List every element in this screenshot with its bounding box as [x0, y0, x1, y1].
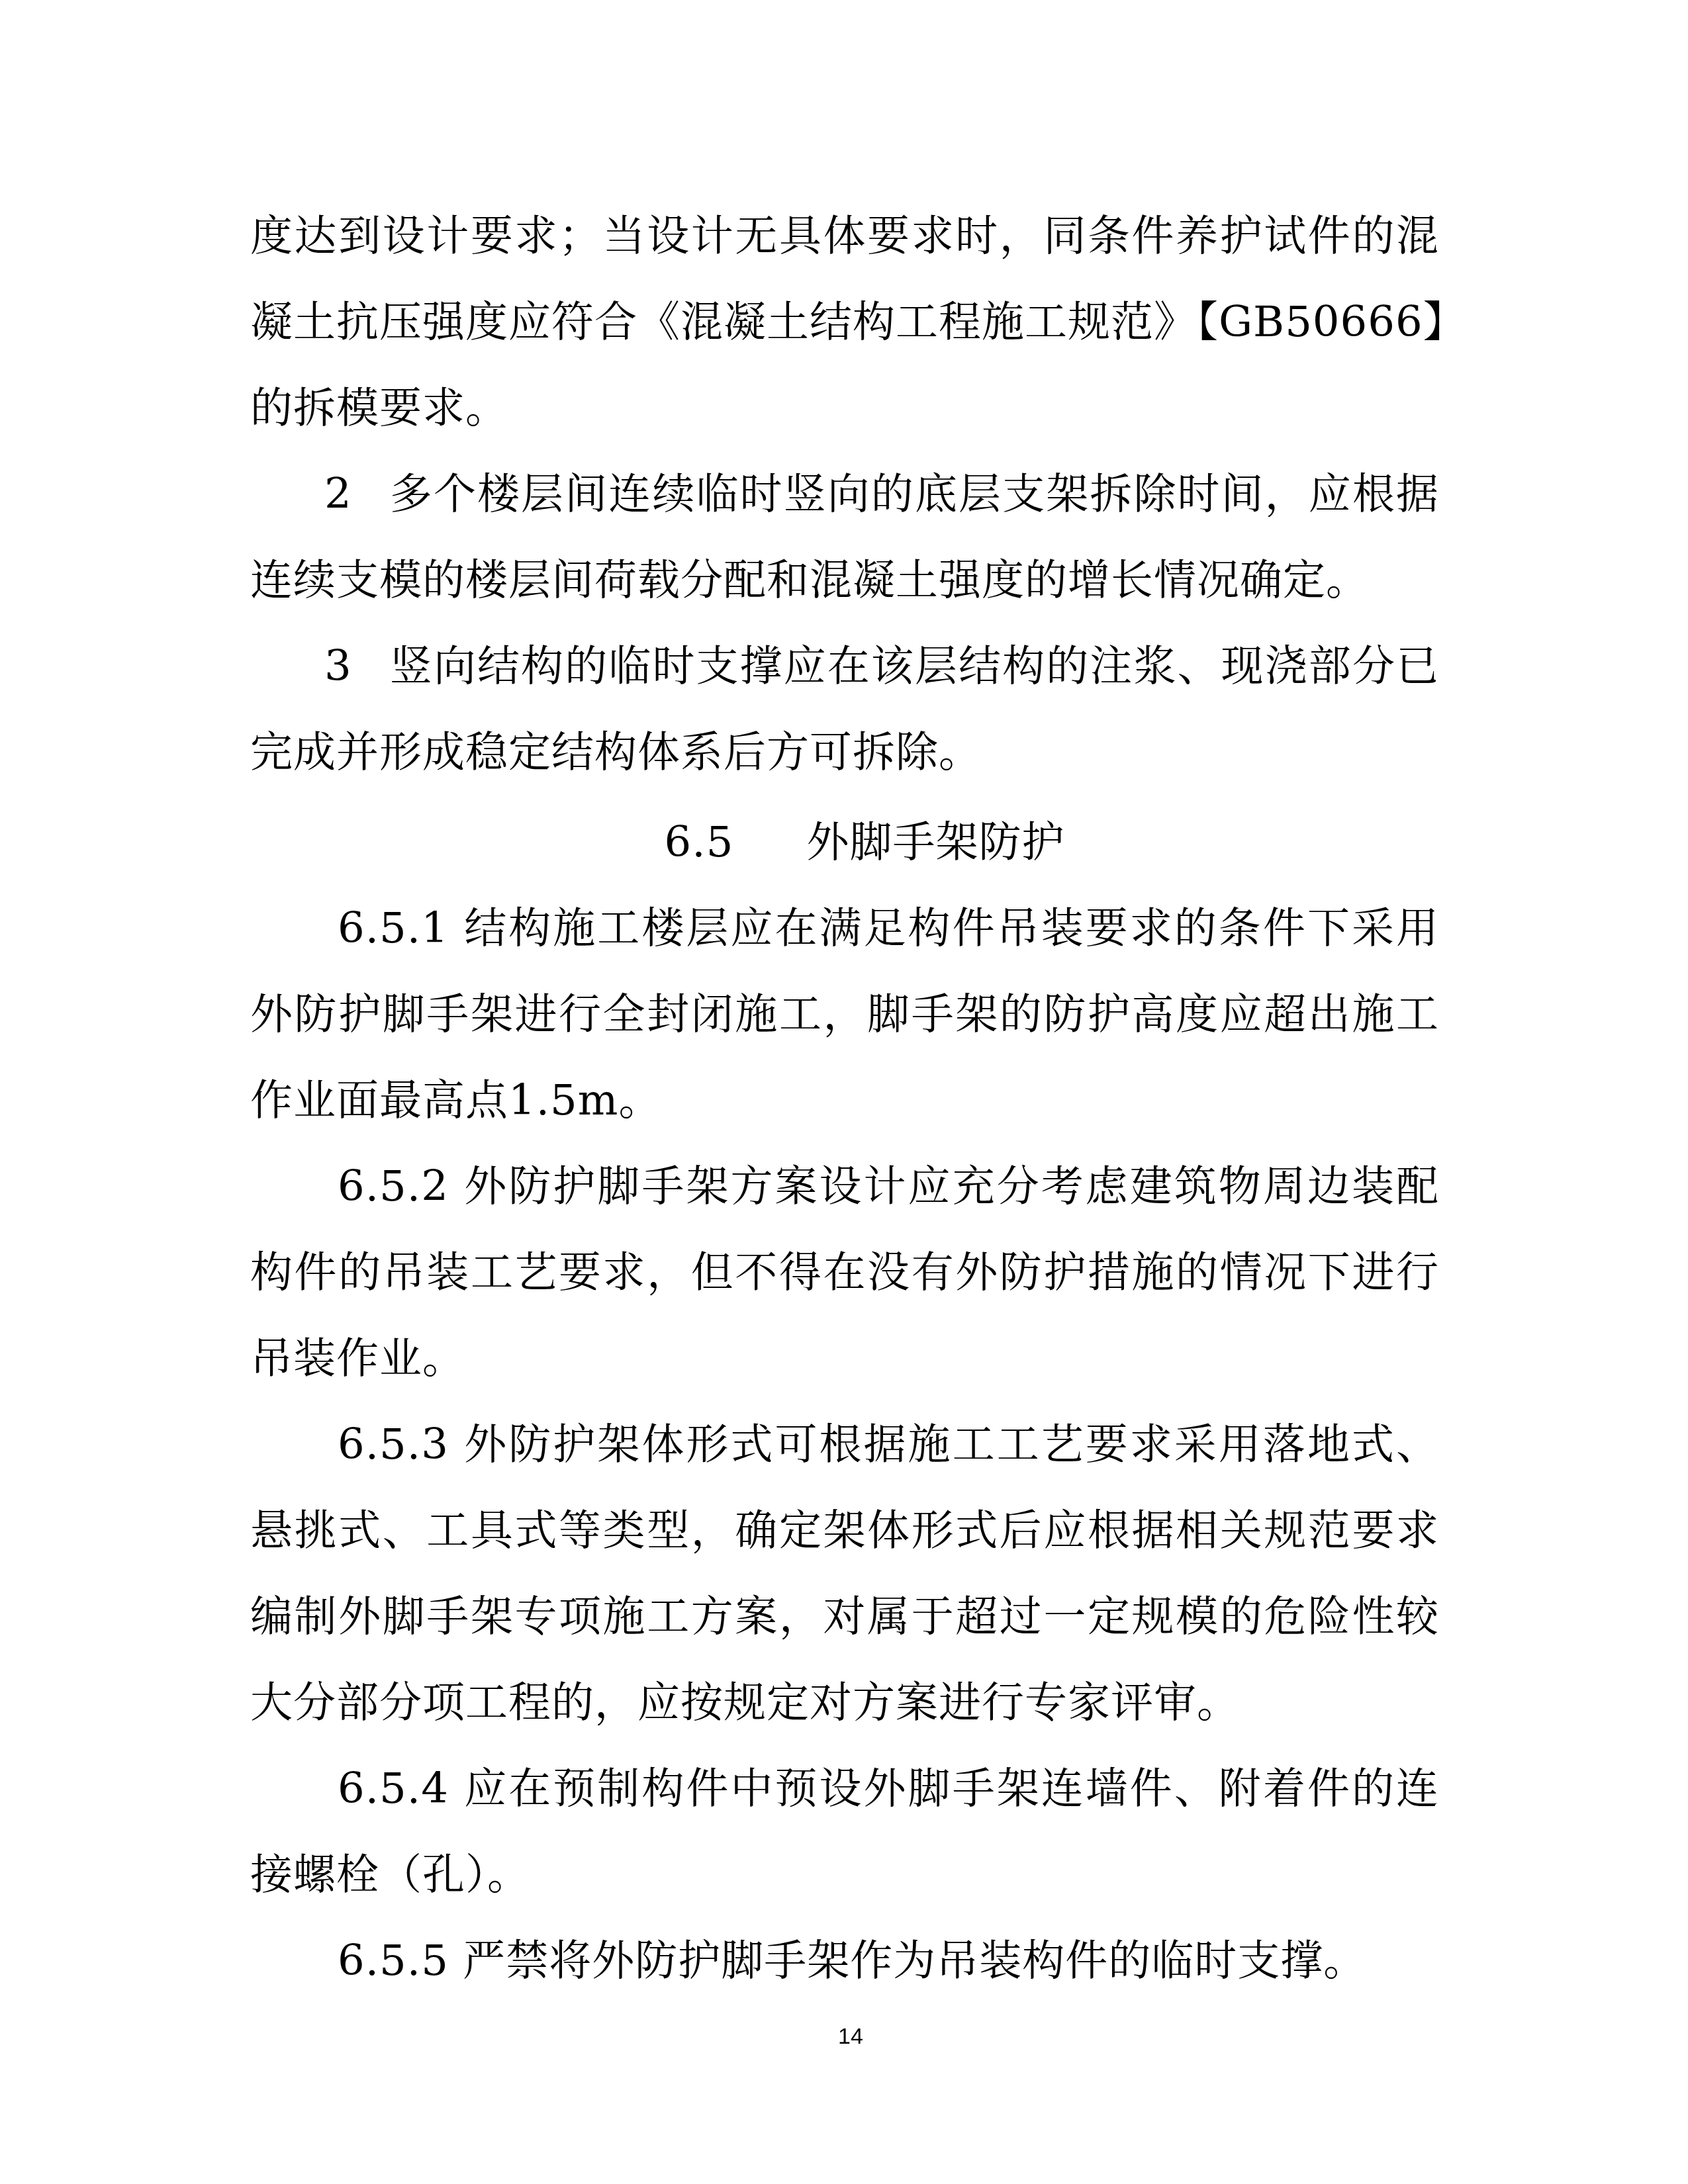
text-line: 吊装作业。: [250, 1316, 1439, 1402]
page-number: 14: [0, 2020, 1688, 2053]
clause-6-5-4: 6.5.4 应在预制构件中预设外脚手架连墙件、附着件的连 接螺栓（孔）。: [250, 1746, 1439, 1918]
text-line: 接螺栓（孔）。: [250, 1832, 1439, 1918]
list-item-3: 3竖向结构的临时支撑应在该层结构的注浆、现浇部分已 完成并形成稳定结构体系后方可…: [250, 623, 1439, 796]
clause-text: 结构施工楼层应在满足构件吊装要求的条件下采用: [464, 904, 1439, 953]
clause-number: 6.5.1: [338, 886, 449, 972]
text-line: 6.5.3 外防护架体形式可根据施工工艺要求采用落地式、: [250, 1402, 1439, 1488]
item-number: 3: [324, 623, 352, 709]
text-line: 2多个楼层间连续临时竖向的底层支架拆除时间，应根据: [250, 451, 1439, 537]
clause-6-5-2: 6.5.2 外防护脚手架方案设计应充分考虑建筑物周边装配 构件的吊装工艺要求，但…: [250, 1144, 1439, 1402]
clause-6-5-5: 6.5.5 严禁将外防护脚手架作为吊装构件的临时支撑。: [250, 1918, 1439, 2004]
clause-6-5-1: 6.5.1 结构施工楼层应在满足构件吊装要求的条件下采用 外防护脚手架进行全封闭…: [250, 886, 1439, 1144]
text-line: 6.5.5 严禁将外防护脚手架作为吊装构件的临时支撑。: [250, 1918, 1439, 2004]
item-text: 竖向结构的临时支撑应在该层结构的注浆、现浇部分已: [389, 642, 1439, 691]
clause-number: 6.5.2: [338, 1144, 449, 1230]
section-heading: 6.5外脚手架防护: [250, 799, 1439, 886]
clause-text: 外防护脚手架方案设计应充分考虑建筑物周边装配: [464, 1162, 1439, 1211]
document-body: 度达到设计要求；当设计无具体要求时，同条件养护试件的混 凝土抗压强度应符合《混凝…: [250, 193, 1439, 2004]
text-line: 3竖向结构的临时支撑应在该层结构的注浆、现浇部分已: [250, 623, 1439, 709]
document-page: 度达到设计要求；当设计无具体要求时，同条件养护试件的混 凝土抗压强度应符合《混凝…: [0, 0, 1688, 2184]
clause-text: 严禁将外防护脚手架作为吊装构件的临时支撑。: [463, 1936, 1366, 1985]
continuation-paragraph: 度达到设计要求；当设计无具体要求时，同条件养护试件的混 凝土抗压强度应符合《混凝…: [250, 193, 1439, 451]
clause-number: 6.5.3: [338, 1402, 449, 1488]
clause-text: 外防护架体形式可根据施工工艺要求采用落地式、: [464, 1420, 1439, 1469]
text-line: 作业面最高点1.5m。: [250, 1058, 1439, 1144]
text-line: 大分部分项工程的，应按规定对方案进行专家评审。: [250, 1660, 1439, 1746]
text-line: 编制外脚手架专项施工方案，对属于超过一定规模的危险性较: [250, 1574, 1439, 1660]
text-line: 连续支模的楼层间荷载分配和混凝土强度的增长情况确定。: [250, 537, 1439, 623]
text-line: 6.5.2 外防护脚手架方案设计应充分考虑建筑物周边装配: [250, 1144, 1439, 1230]
clause-text: 应在预制构件中预设外脚手架连墙件、附着件的连: [464, 1764, 1439, 1813]
clause-6-5-3: 6.5.3 外防护架体形式可根据施工工艺要求采用落地式、 悬挑式、工具式等类型，…: [250, 1402, 1439, 1746]
clause-number: 6.5.4: [338, 1746, 449, 1832]
list-item-2: 2多个楼层间连续临时竖向的底层支架拆除时间，应根据 连续支模的楼层间荷载分配和混…: [250, 451, 1439, 623]
section-title: 外脚手架防护: [806, 818, 1064, 867]
clause-number: 6.5.5: [338, 1918, 449, 2004]
text-line: 的拆模要求。: [250, 365, 1439, 451]
item-number: 2: [324, 451, 352, 537]
section-number: 6.5: [665, 799, 734, 886]
text-line: 6.5.1 结构施工楼层应在满足构件吊装要求的条件下采用: [250, 886, 1439, 972]
text-line: 度达到设计要求；当设计无具体要求时，同条件养护试件的混: [250, 193, 1439, 279]
text-line: 构件的吊装工艺要求，但不得在没有外防护措施的情况下进行: [250, 1230, 1439, 1316]
text-line: 凝土抗压强度应符合《混凝土结构工程施工规范》【GB50666】: [250, 279, 1439, 365]
item-text: 多个楼层间连续临时竖向的底层支架拆除时间，应根据: [389, 470, 1439, 519]
text-line: 外防护脚手架进行全封闭施工，脚手架的防护高度应超出施工: [250, 972, 1439, 1058]
text-line: 6.5.4 应在预制构件中预设外脚手架连墙件、附着件的连: [250, 1746, 1439, 1832]
text-line: 悬挑式、工具式等类型，确定架体形式后应根据相关规范要求: [250, 1488, 1439, 1574]
text-line: 完成并形成稳定结构体系后方可拆除。: [250, 709, 1439, 796]
